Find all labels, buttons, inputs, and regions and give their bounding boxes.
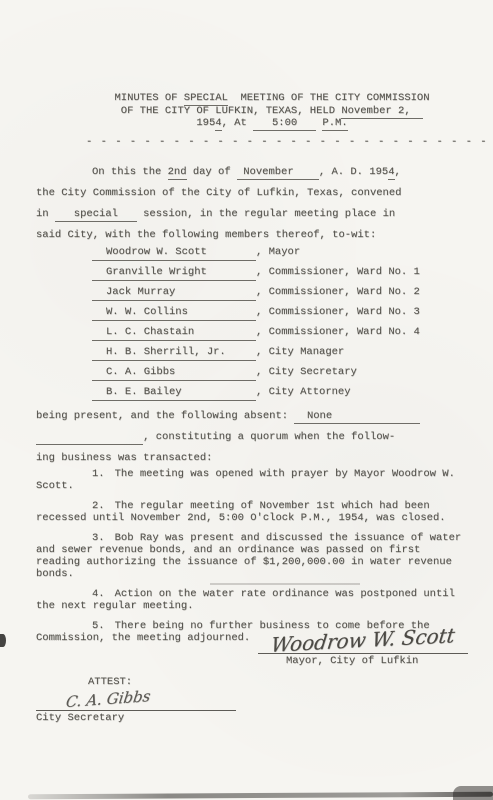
body-text: being present, and the following absent: [36, 410, 294, 422]
item-number: 3. [92, 532, 105, 544]
official-row-city-secretary: C. A. Gibbs, City Secretary [36, 366, 466, 386]
quorum-line-2: , constituting a quorum when the follow- [36, 427, 466, 448]
official-title: City Manager [269, 346, 345, 358]
body-text: in [36, 208, 55, 220]
blank-day: 2nd [168, 166, 187, 180]
official-title: Commissioner, Ward No. 4 [269, 326, 420, 338]
blank-session-type: special [55, 208, 137, 222]
quorum-line-3: ing business was transacted: [36, 448, 466, 469]
scan-artifact [0, 634, 6, 647]
opening-line-3: in special session, in the regular meeti… [36, 204, 466, 225]
item-number: 4. [92, 588, 105, 600]
comma: , [256, 306, 269, 318]
blank-month: November [237, 166, 319, 180]
opening-line-1: On this the 2nd day of November , A. D. … [36, 162, 466, 183]
minutes-items: 1.The meeting was opened with prayer by … [36, 468, 462, 652]
official-name: C. A. Gibbs [92, 366, 256, 381]
official-title: Mayor [269, 246, 301, 258]
blank-continuation [36, 431, 143, 445]
minutes-item-2: 2.The regular meeting of November 1st wh… [36, 500, 462, 524]
comma: , [256, 386, 269, 398]
officials-list: Woodrow W. Scott, Mayor Granville Wright… [36, 246, 466, 406]
official-title: Commissioner, Ward No. 1 [269, 266, 420, 278]
official-row-mayor: Woodrow W. Scott, Mayor [36, 246, 466, 266]
opening-line-2: the City Commission of the City of Lufki… [36, 183, 466, 204]
item-number: 1. [92, 468, 105, 480]
official-row-ward3: W. W. Collins, Commissioner, Ward No. 3 [36, 306, 466, 326]
official-title: City Attorney [269, 386, 351, 398]
scan-artifact [453, 786, 493, 800]
comma: , [256, 366, 269, 378]
opening-line-4: said City, with the following members th… [36, 225, 466, 246]
secretary-signature-block: C. A. Gibbs City Secretary [36, 690, 236, 725]
mayor-signature-block: Woodrow W. Scott Mayor, City of Lufkin [258, 628, 468, 668]
minutes-item-3: 3.Bob Ray was present and discussed the … [36, 532, 462, 580]
title-text: MEETING OF THE CITY COMMISSION [228, 92, 430, 104]
title-line-2: OF THE CITY OF LUFKIN, TEXAS, HELD Novem… [60, 105, 484, 118]
scan-artifact [210, 583, 360, 585]
official-title: Commissioner, Ward No. 3 [269, 306, 420, 318]
comma: , [256, 266, 269, 278]
official-name: H. B. Sherrill, Jr. [92, 346, 256, 361]
body-text: , [395, 166, 401, 178]
comma: , [256, 246, 269, 258]
comma: , [256, 346, 269, 358]
comma: , [256, 286, 269, 298]
opening-paragraph: On this the 2nd day of November , A. D. … [36, 162, 466, 246]
dashed-separator: - - - - - - - - - - - - - - - - - - - - … [86, 136, 493, 148]
official-name: Woodrow W. Scott [92, 246, 256, 261]
document-title: MINUTES OF SPECIAL MEETING OF THE CITY C… [60, 92, 484, 130]
official-row-city-manager: H. B. Sherrill, Jr., City Manager [36, 346, 466, 366]
body-text: , A. D. 195 [319, 166, 388, 178]
official-row-ward2: Jack Murray, Commissioner, Ward No. 2 [36, 286, 466, 306]
title-blank-time: 5:00 [253, 117, 316, 131]
item-number: 5. [92, 620, 105, 632]
title-line-3: 1954, At 5:00 P.M. [60, 117, 484, 130]
secretary-signature: C. A. Gibbs [65, 687, 152, 711]
blank-absent: None [294, 410, 420, 424]
title-blank-meridiem: P.M. [322, 117, 347, 131]
body-text: session, in the regular meeting place in [137, 208, 395, 220]
scanned-document-page: MINUTES OF SPECIAL MEETING OF THE CITY C… [0, 0, 493, 800]
scan-artifact [28, 792, 493, 799]
official-row-ward4: L. C. Chastain, Commissioner, Ward No. 4 [36, 326, 466, 346]
attest-label: ATTEST: [88, 676, 132, 688]
official-title: Commissioner, Ward No. 2 [269, 286, 420, 298]
body-text: day of [187, 166, 237, 178]
title-blank-date: November 2, [341, 105, 423, 119]
official-name: Jack Murray [92, 286, 256, 301]
title-line-1: MINUTES OF SPECIAL MEETING OF THE CITY C… [60, 92, 484, 105]
title-text: OF THE CITY OF LUFKIN, TEXAS, HELD [121, 105, 342, 117]
official-name: W. W. Collins [92, 306, 256, 321]
title-text: , At [222, 117, 254, 129]
official-name: B. E. Bailey [92, 386, 256, 401]
official-name: L. C. Chastain [92, 326, 256, 341]
minutes-item-4: 4.Action on the water rate ordinance was… [36, 588, 462, 612]
official-row-city-attorney: B. E. Bailey, City Attorney [36, 386, 466, 406]
mayor-signature-caption: Mayor, City of Lufkin [258, 654, 468, 668]
official-name: Granville Wright [92, 266, 256, 281]
official-row-ward1: Granville Wright, Commissioner, Ward No.… [36, 266, 466, 286]
title-text: MINUTES OF [114, 92, 183, 104]
title-text: 195 [196, 117, 215, 129]
item-number: 2. [92, 500, 105, 512]
secretary-signature-caption: City Secretary [36, 711, 236, 725]
quorum-paragraph: being present, and the following absent:… [36, 406, 466, 469]
body-text: , constituting a quorum when the follow- [143, 431, 395, 443]
minutes-item-1: 1.The meeting was opened with prayer by … [36, 468, 462, 492]
comma: , [256, 326, 269, 338]
body-text: On this the [92, 166, 168, 178]
quorum-line-1: being present, and the following absent:… [36, 406, 466, 427]
official-title: City Secretary [269, 366, 357, 378]
